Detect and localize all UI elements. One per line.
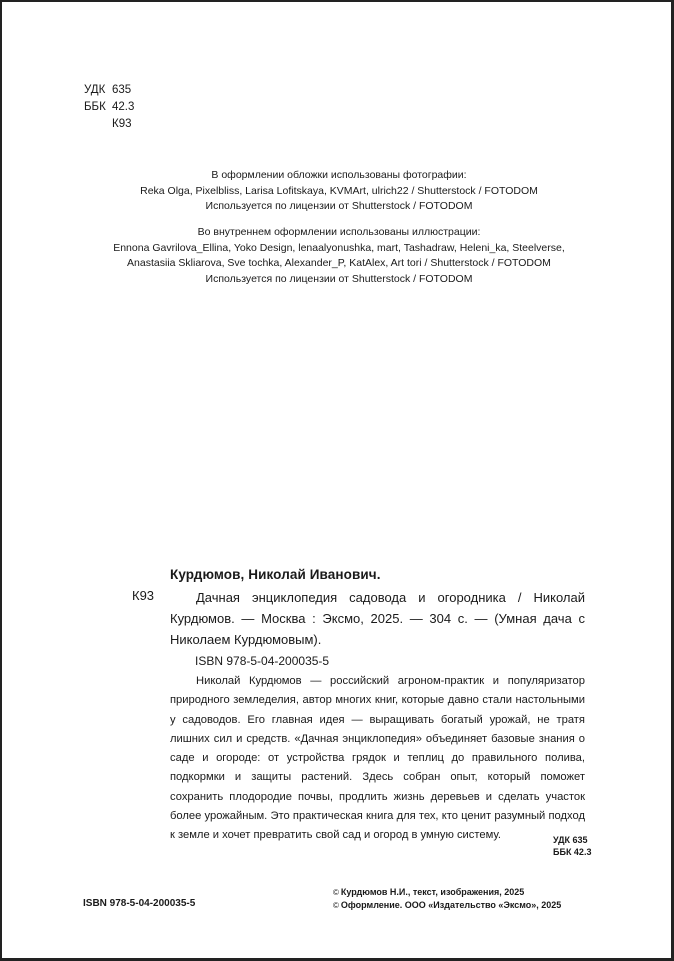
interior-credits-names-1: Ennona Gavrilova_Ellina, Yoko Design, le… — [2, 241, 674, 257]
cutter-mark: К93 — [132, 588, 154, 603]
copyright-text-1: Курдюмов Н.И., текст, изображения, 2025 — [341, 887, 524, 897]
cover-credits: В оформлении обложки использованы фотогр… — [2, 168, 674, 215]
udk-value: 635 — [112, 82, 131, 99]
bottom-udk: УДК 635 — [553, 834, 591, 846]
copyright-text-2: Оформление. ООО «Издательство «Эксмо», 2… — [341, 900, 561, 910]
top-classification: УДК 635 ББК 42.3 К93 — [84, 82, 134, 133]
annotation-text: Николай Курдюмов — российский агроном-пр… — [170, 672, 585, 846]
footer-isbn: ISBN 978-5-04-200035-5 — [83, 898, 195, 909]
bottom-bbk: ББК 42.3 — [553, 846, 591, 858]
isbn-record: ISBN 978-5-04-200035-5 — [195, 654, 329, 668]
copyright-line-1: ©Курдюмов Н.И., текст, изображения, 2025 — [333, 886, 561, 899]
interior-credits-license: Используется по лицензии от Shutterstock… — [2, 272, 674, 288]
interior-credits-heading: Во внутреннем оформлении использованы ил… — [2, 225, 674, 241]
copyright-icon: © — [333, 888, 339, 897]
interior-credits-names-2: Anastasiia Skliarova, Sve tochka, Alexan… — [2, 256, 674, 272]
cutter-code: К93 — [112, 116, 132, 133]
bbk-label: ББК — [84, 99, 110, 116]
bbk-value: 42.3 — [112, 99, 134, 116]
cover-credits-heading: В оформлении обложки использованы фотогр… — [2, 168, 674, 184]
copyright-line-2: ©Оформление. ООО «Издательство «Эксмо», … — [333, 899, 561, 912]
interior-credits: Во внутреннем оформлении использованы ил… — [2, 225, 674, 287]
copyright-block: ©Курдюмов Н.И., текст, изображения, 2025… — [333, 886, 561, 912]
bibliographic-description: Дачная энциклопедия садовода и огородник… — [170, 587, 585, 650]
udk-label: УДК — [84, 82, 110, 99]
bottom-classification: УДК 635 ББК 42.3 — [553, 834, 591, 858]
cover-credits-names: Reka Olga, Pixelbliss, Larisa Lofitskaya… — [2, 184, 674, 200]
copyright-icon: © — [333, 901, 339, 910]
imprint-page: УДК 635 ББК 42.3 К93 В оформлении обложк… — [0, 0, 674, 961]
author-heading: Курдюмов, Николай Иванович. — [170, 567, 381, 582]
cover-credits-license: Используется по лицензии от Shutterstock… — [2, 199, 674, 215]
